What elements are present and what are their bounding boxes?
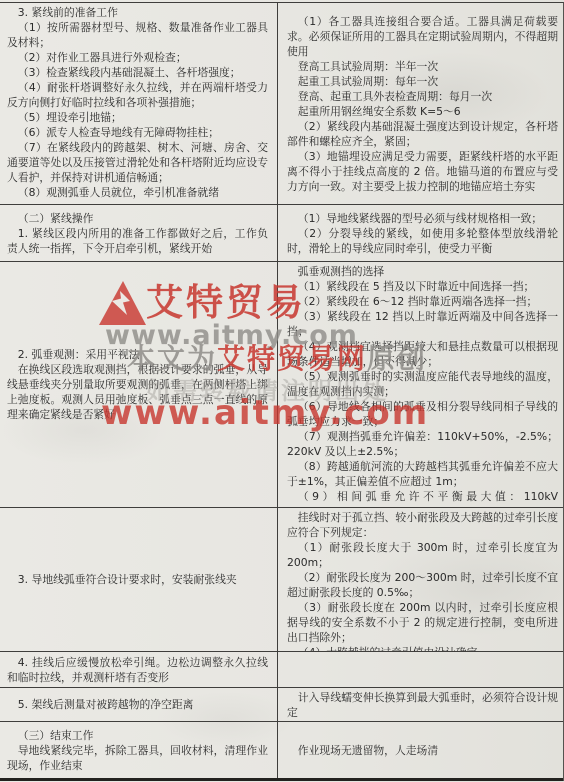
paragraph: 1. 紧线区段内所用的准备工作都做好之后，工作负责人统一指挥，下令开启牵引机，紧… [7,226,268,256]
paragraph: 起重工具试验周期：每年一次 [287,74,558,89]
cell-finishing-work: （三）结束工作 导地线紧线完毕，拆除工器具，回收材料，清理作业现场，作业结束 [0,722,278,778]
paragraph: （2）分裂导线的紧线，如使用多轮整体型放线滑轮时，滑轮上的导线应同时牵引，使受力… [287,226,558,256]
paragraph: （6）派专人检查导地线有无障碍物挂柱； [7,125,268,140]
table-row: （二）紧线操作 1. 紧线区段内所用的准备工作都做好之后，工作负责人统一指挥，下… [0,205,563,262]
paragraph: （9）相间弧垂允许不平衡最大值：110kV 200mm；220kV 300mm [287,489,558,507]
paragraph: （2）对作业工器具进行外观检查； [7,50,268,65]
paragraph: （1）紧线段在 5 挡及以下时靠近中间选择一挡； [287,279,558,294]
paragraph: （7）观测挡弧垂允许偏差：110kV+50%，-2.5%；220kV 及以上±2… [287,429,558,459]
paragraph: （2）紧线段内基础混凝土强度达到设计规定，各杆塔部件和螺栓应齐全，紧固； [287,119,558,149]
paragraph: 3. 紧线前的准备工作 [7,5,268,20]
cell-sag-observation: 2. 弧垂观测：采用平视法 在换线区段选取观测挡，根据设计要求的弧垂，从导线悬垂… [0,262,278,507]
paragraph: （6）导地线各相间的弧垂及相分裂导线同相子导线的弧垂均应力求一致； [287,399,558,429]
cell-overpull-rules: 挂线时对于孤立挡、较小耐张段及大跨越的过牵引长度应符合下列规定： （1）耐张段长… [278,508,563,651]
paragraph: 在换线区段选取观测挡，根据设计要求的弧垂，从导线悬垂线夹分别量取所要观测的弧垂，… [7,362,268,422]
cell-preparation-requirements: （1）各工器具连接组合要合适。工器具满足荷载要求。必须保证所用的工器具在定期试验… [278,3,563,204]
paragraph: （4）观测档宜选择挡距较大和悬挂点数量可以根据现场条件适当增加，但不得减少； [287,339,558,369]
paragraph: （1）耐张段长度大于 300m 时，过牵引长度宜为 200m； [287,540,558,570]
paragraph: （三）结束工作 [7,728,268,743]
table-row: 5. 架线后测量对被跨越物的净空距离 计入导线蠕变伸长换算到最大弧垂时，必须符合… [0,688,563,722]
cell-install-strain-clamp: 3. 导地线弧垂符合设计要求时，安装耐张线夹 [0,508,278,651]
paragraph: （7）在紧线段内的跨越架、树木、河塘、房舍、交通要道等处以及压接管过滑轮处和各杆… [7,140,268,185]
paragraph: （1）导地线紧线器的型号必须与线材规格相一致； [287,211,558,226]
paragraph: （2）紧线段在 6～12 挡时靠近两端各选择一挡； [287,294,558,309]
paragraph: 作业现场无遗留物，人走场清 [287,743,558,758]
paragraph: 3. 导地线弧垂符合设计要求时，安装耐张线夹 [7,572,268,587]
table-row: （三）结束工作 导地线紧线完毕，拆除工器具，回收材料，清理作业现场，作业结束 作… [0,722,563,781]
paragraph: 2. 弧垂观测：采用平视法 [7,347,268,362]
paragraph: （1）按所需器材型号、规格、数量准备作业工器具及材料； [7,20,268,50]
paragraph: 起重所用钢丝绳安全系数 K=5～6 [287,104,558,119]
paragraph: 挂线时对于孤立挡、较小耐张段及大跨越的过牵引长度应符合下列规定： [287,510,558,540]
paragraph: （3）检查紧线段内基础混凝土、各杆塔强度； [7,65,268,80]
paragraph: （1）各工器具连接组合要合适。工器具满足荷载要求。必须保证所用的工器具在定期试验… [287,14,558,59]
paragraph: （4）耐张杆塔调整好永久拉线，并在两端杆塔受力反方向侧打好临时拉线和各项补强措施… [7,80,268,110]
cell-creep-elongation-rule: 计入导线蠕变伸长换算到最大弧垂时，必须符合设计规定 [278,688,563,721]
table-row: 2. 弧垂观测：采用平视法 在换线区段选取观测挡，根据设计要求的弧垂，从导线悬垂… [0,262,563,508]
procedure-table: 3. 紧线前的准备工作 （1）按所需器材型号、规格、数量准备作业工器具及材料； … [0,2,564,781]
cell-empty [278,652,563,687]
cell-tightening-operation: （二）紧线操作 1. 紧线区段内所用的准备工作都做好之后，工作负责人统一指挥，下… [0,205,278,261]
paragraph: （3）耐张段长度在 200m 以内时，过牵引长度应根据导线的安全系数不小于 2 … [287,600,558,645]
cell-release-traction-rope: 4. 挂线后应缓慢放松牵引绳。边松边调整永久拉线和临时拉线，并观测杆塔有否变形 [0,652,278,687]
paragraph: （8）跨越通航河流的大跨越档其弧垂允许偏差不应大于±1%，其正偏差值不应超过 1… [287,459,558,489]
table-row: 3. 紧线前的准备工作 （1）按所需器材型号、规格、数量准备作业工器具及材料； … [0,3,563,205]
paragraph: 5. 架线后测量对被跨越物的净空距离 [7,697,268,712]
cell-clearance-measurement: 5. 架线后测量对被跨越物的净空距离 [0,688,278,721]
cell-preparation-steps: 3. 紧线前的准备工作 （1）按所需器材型号、规格、数量准备作业工器具及材料； … [0,3,278,204]
paragraph: 登高工具试验周期：半年一次 [287,59,558,74]
paragraph: （3）紧线段在 12 挡以上时靠近两端及中间各选择一挡； [287,309,558,339]
paragraph: （8）观测弧垂人员就位，牵引机准备就绪 [7,185,268,200]
paragraph: 4. 挂线后应缓慢放松牵引绳。边松边调整永久拉线和临时拉线，并观测杆塔有否变形 [7,655,268,685]
cell-sag-observation-rules: 弧垂观测挡的选择 （1）紧线段在 5 挡及以下时靠近中间选择一挡； （2）紧线段… [278,262,563,507]
table-row: 3. 导地线弧垂符合设计要求时，安装耐张线夹 挂线时对于孤立挡、较小耐张段及大跨… [0,508,563,652]
paragraph: 计入导线蠕变伸长换算到最大弧垂时，必须符合设计规定 [287,690,558,720]
paragraph: （二）紧线操作 [7,211,268,226]
paragraph: （4）大跨越挡的过牵引值由设计确定 [287,645,558,651]
paragraph: 登高、起重工具外表检查周期：每月一次 [287,89,558,104]
paragraph: （2）耐张段长度为 200～300m 时，过牵引长度不宜超过耐张段长度的 0.5… [287,570,558,600]
paragraph: （5）观测弧垂时的实测温度应能代表导地线的温度，温度在观测挡内实测； [287,369,558,399]
cell-site-cleanup-rule: 作业现场无遗留物，人走场清 [278,722,563,778]
paragraph: 弧垂观测挡的选择 [287,264,558,279]
paragraph: 导地线紧线完毕，拆除工器具，回收材料，清理作业现场，作业结束 [7,743,268,773]
table-row: 4. 挂线后应缓慢放松牵引绳。边松边调整永久拉线和临时拉线，并观测杆塔有否变形 [0,652,563,688]
paragraph: （3）地锚埋设应满足受力需要，距紧线杆塔的水平距离不得小于挂线点高度的 2 倍。… [287,149,558,194]
paragraph: （5）埋设牵引地锚； [7,110,268,125]
cell-tightening-requirements: （1）导地线紧线器的型号必须与线材规格相一致； （2）分裂导线的紧线，如使用多轮… [278,205,563,261]
